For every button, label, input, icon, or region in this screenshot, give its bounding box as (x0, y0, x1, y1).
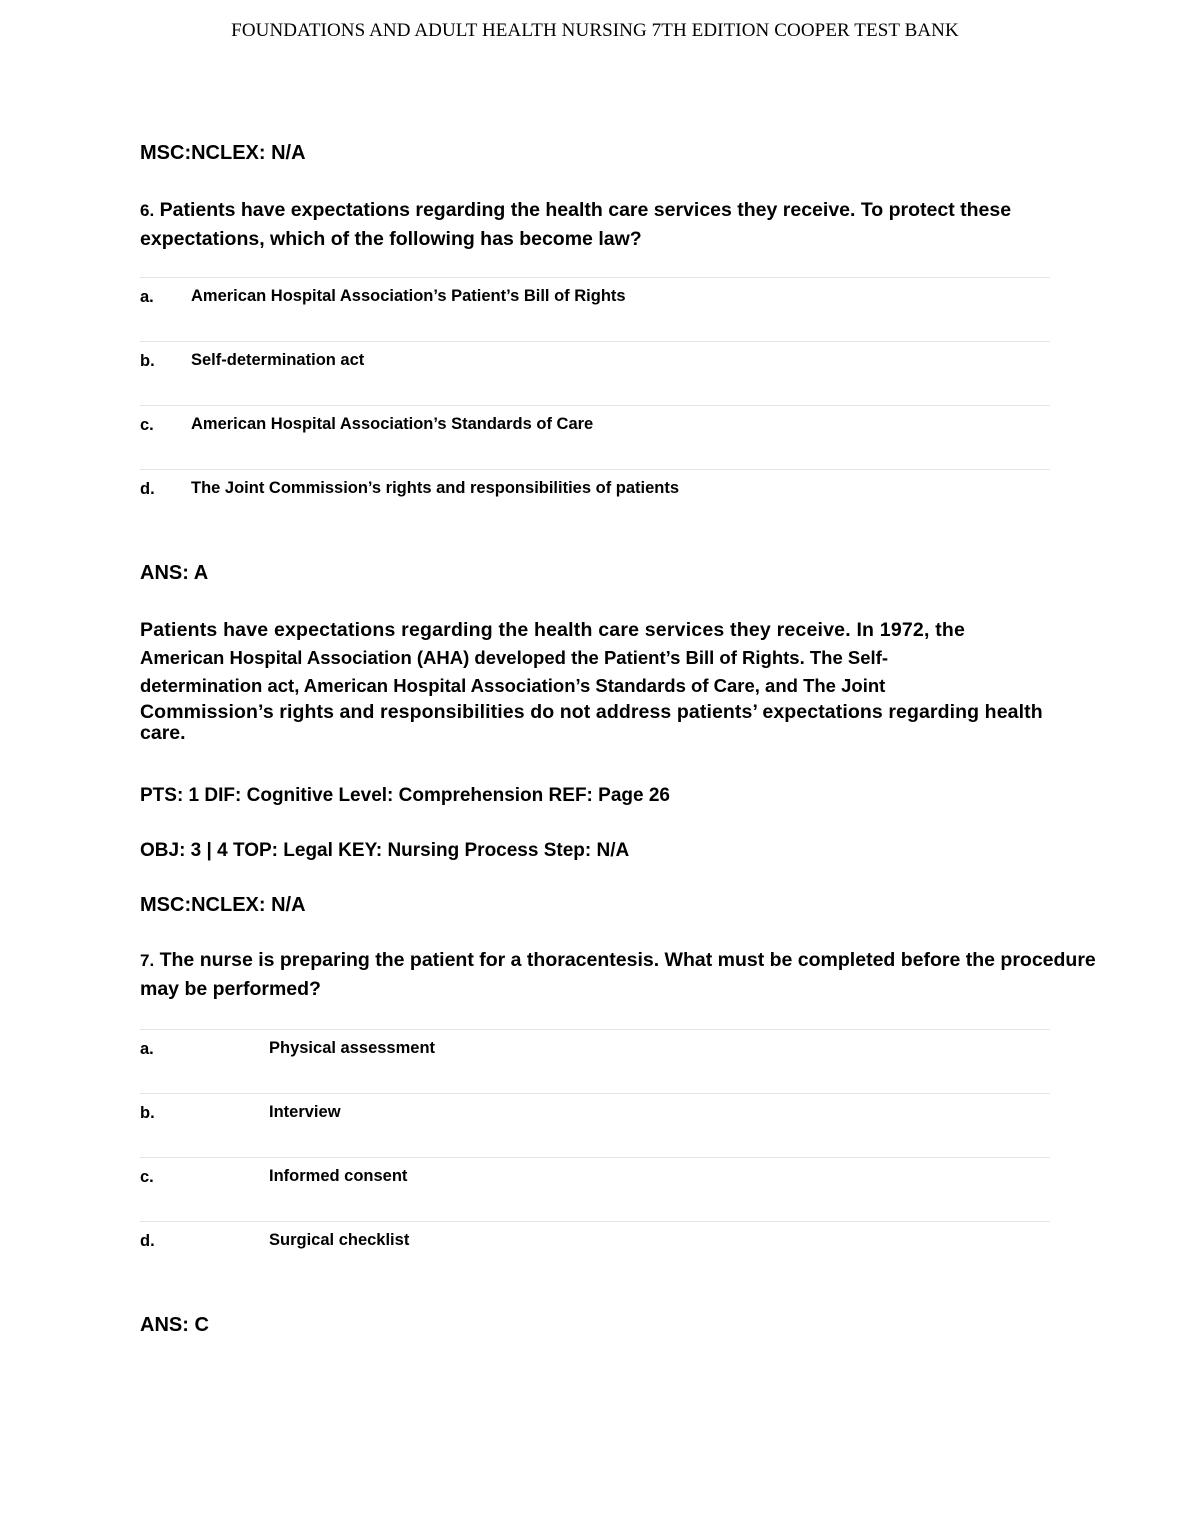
q6-pts-dif-ref: PTS: 1 DIF: Cognitive Level: Comprehensi… (140, 785, 670, 807)
page-header: FOUNDATIONS AND ADULT HEALTH NURSING 7TH… (0, 20, 1190, 42)
q7-option-d[interactable]: d. Surgical checklist (140, 1221, 1050, 1286)
option-text: American Hospital Association’s Standard… (191, 415, 593, 434)
option-letter: d. (140, 1232, 155, 1251)
option-text: Surgical checklist (269, 1231, 409, 1250)
question-7: 7. The nurse is preparing the patient fo… (140, 946, 1100, 1003)
option-text: The Joint Commission’s rights and respon… (191, 479, 679, 498)
option-text: Informed consent (269, 1167, 407, 1186)
q7-answer: ANS: C (140, 1314, 209, 1337)
question-6: 6. Patients have expectations regarding … (140, 196, 1100, 253)
question-text: The nurse is preparing the patient for a… (140, 949, 1096, 1000)
q6-option-b[interactable]: b. Self-determination act (140, 341, 1050, 406)
q6-obj-top-key: OBJ: 3 | 4 TOP: Legal KEY: Nursing Proce… (140, 840, 629, 862)
previous-msc-label: MSC:NCLEX: N/A (140, 142, 306, 165)
option-letter: a. (140, 288, 154, 307)
option-letter: d. (140, 480, 155, 499)
question-number: 6. (140, 201, 154, 220)
rationale-line: American Hospital Association (AHA) deve… (140, 644, 1120, 672)
q6-option-a[interactable]: a. American Hospital Association’s Patie… (140, 277, 1050, 342)
option-letter: c. (140, 416, 154, 435)
q7-option-b[interactable]: b. Interview (140, 1093, 1050, 1158)
option-letter: b. (140, 352, 155, 371)
rationale-line: care. (140, 724, 1120, 742)
q6-option-c[interactable]: c. American Hospital Association’s Stand… (140, 405, 1050, 470)
q6-msc: MSC:NCLEX: N/A (140, 894, 306, 917)
question-number: 7. (140, 951, 154, 970)
option-letter: a. (140, 1040, 154, 1059)
q7-option-c[interactable]: c. Informed consent (140, 1157, 1050, 1222)
option-letter: b. (140, 1104, 155, 1123)
option-text: Interview (269, 1103, 341, 1122)
rationale-line: Patients have expectations regarding the… (140, 616, 1120, 644)
option-letter: c. (140, 1168, 154, 1187)
q6-answer: ANS: A (140, 562, 208, 585)
question-text: Patients have expectations regarding the… (140, 199, 1011, 250)
q6-option-d[interactable]: d. The Joint Commission’s rights and res… (140, 469, 1050, 534)
option-text: Self-determination act (191, 351, 364, 370)
option-text: Physical assessment (269, 1039, 435, 1058)
q6-rationale: Patients have expectations regarding the… (140, 616, 1120, 742)
rationale-line: determination act, American Hospital Ass… (140, 672, 1120, 700)
rationale-line: Commission’s rights and responsibilities… (140, 700, 1120, 724)
q7-option-a[interactable]: a. Physical assessment (140, 1029, 1050, 1094)
option-text: American Hospital Association’s Patient’… (191, 287, 626, 306)
